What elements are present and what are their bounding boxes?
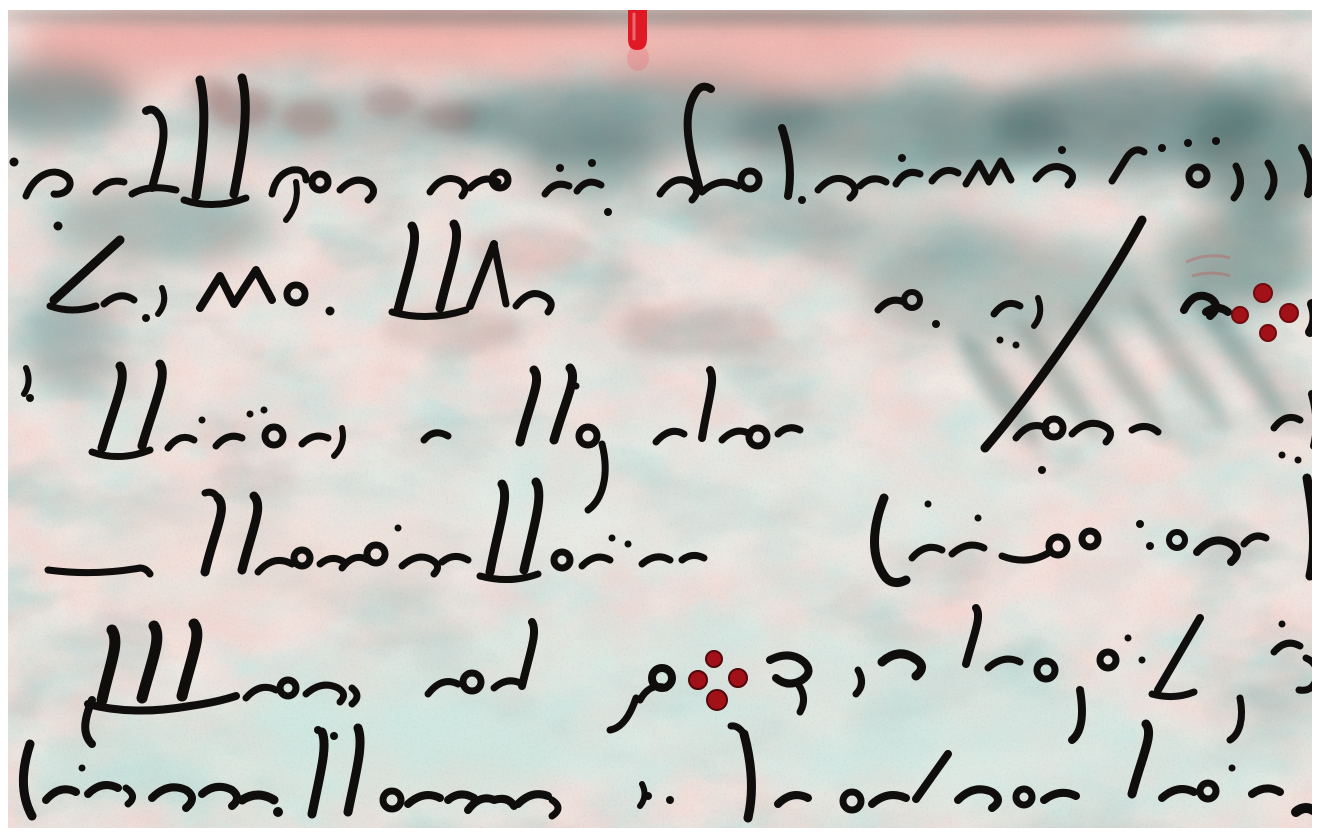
scan-page xyxy=(0,0,1321,840)
red-marker-tab xyxy=(627,10,649,71)
manuscript-art xyxy=(8,10,1312,828)
manuscript-photo xyxy=(8,10,1312,828)
